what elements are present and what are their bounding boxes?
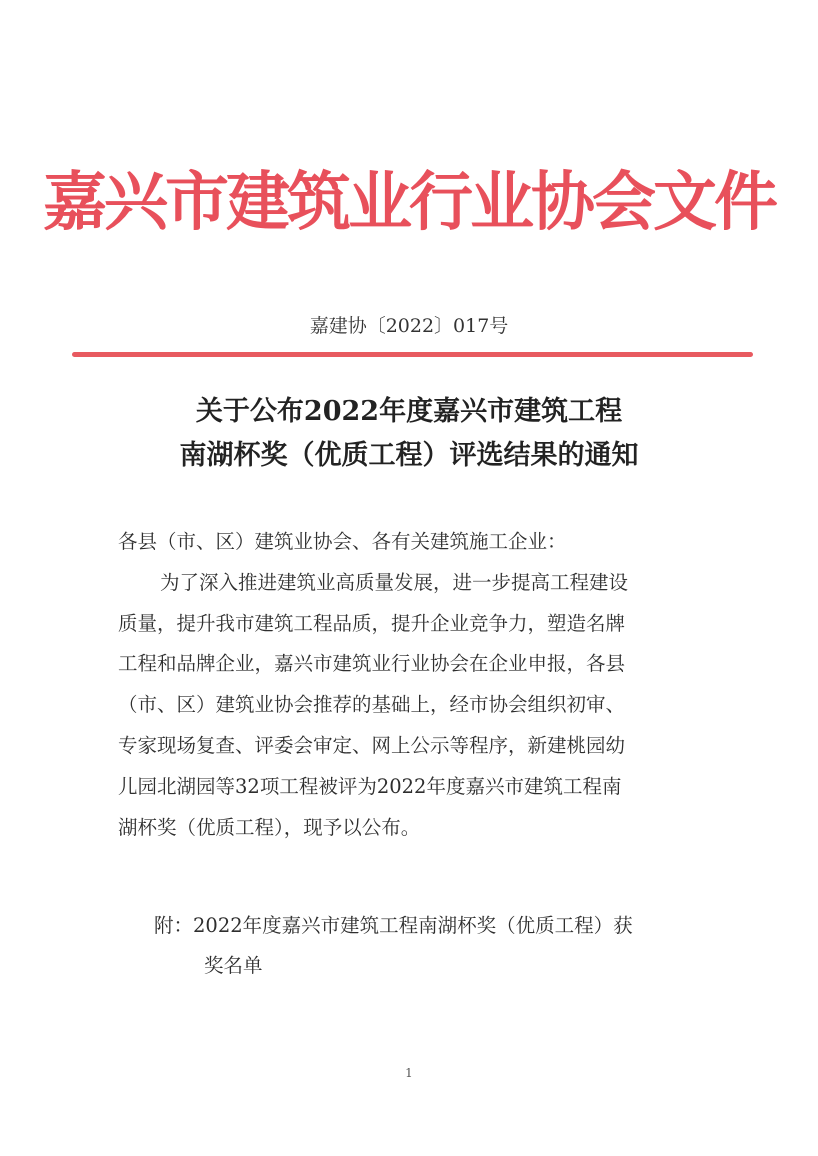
notice-title-line-1: 关于公布2022年度嘉兴市建筑工程 xyxy=(0,390,818,434)
salutation: 各县（市、区）建筑业协会、各有关建筑施工企业： xyxy=(118,522,728,563)
page-number: 1 xyxy=(0,1066,818,1080)
notice-title: 关于公布2022年度嘉兴市建筑工程 南湖杯奖（优质工程）评选结果的通知 xyxy=(0,390,818,478)
notice-title-line-2: 南湖杯奖（优质工程）评选结果的通知 xyxy=(0,434,818,478)
paragraph-line: （市、区）建筑业协会推荐的基础上，经市协会组织初审、 xyxy=(118,685,728,726)
paragraph-line: 专家现场复查、评委会审定、网上公示等程序，新建桃园幼 xyxy=(118,726,728,767)
paragraph-line: 工程和品牌企业，嘉兴市建筑业行业协会在企业申报，各县 xyxy=(118,644,728,685)
paragraph-line: 儿园北湖园等32项工程被评为2022年度嘉兴市建筑工程南 xyxy=(118,767,728,808)
document-number: 嘉建协〔2022〕017号 xyxy=(0,312,818,340)
appendix-line-1: 附：2022年度嘉兴市建筑工程南湖杯奖（优质工程）获 xyxy=(154,906,734,946)
paragraph-line: 为了深入推进建筑业高质量发展，进一步提高工程建设 xyxy=(118,563,728,604)
appendix-line-2: 奖名单 xyxy=(154,946,734,986)
notice-body: 各县（市、区）建筑业协会、各有关建筑施工企业： 为了深入推进建筑业高质量发展，进… xyxy=(118,522,728,848)
appendix-note: 附：2022年度嘉兴市建筑工程南湖杯奖（优质工程）获 奖名单 xyxy=(154,906,734,986)
red-divider-rule xyxy=(72,352,753,357)
masthead-title: 嘉兴市建筑业行业协会文件 xyxy=(0,158,818,248)
paragraph-line: 湖杯奖（优质工程），现予以公布。 xyxy=(118,808,728,849)
paragraph-line: 质量，提升我市建筑工程品质，提升企业竞争力，塑造名牌 xyxy=(118,604,728,645)
